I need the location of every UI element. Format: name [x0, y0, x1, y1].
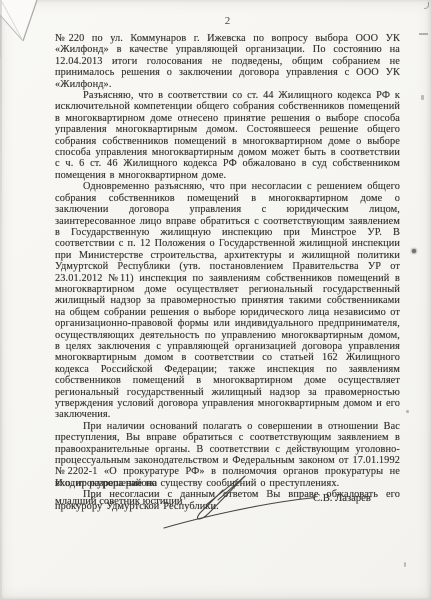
scanned-letter-page: 2 №220 по ул. Коммунаров г. Ижевска по в…	[0, 0, 431, 599]
scan-artifact	[404, 562, 406, 567]
letter-body: №220 по ул. Коммунаров г. Ижевска по воп…	[55, 33, 400, 512]
scan-artifact	[419, 33, 428, 35]
signer-position-line1: И.о. прокурора района	[55, 478, 157, 490]
scan-artifact	[421, 95, 424, 100]
scan-artifact	[412, 249, 416, 253]
page-number: 2	[55, 15, 400, 27]
handwritten-signature-icon	[148, 466, 323, 534]
scan-artifact	[406, 410, 409, 413]
paragraph-continuation: №220 по ул. Коммунаров г. Ижевска по воп…	[55, 33, 400, 90]
paragraph-clarification-1: Разъясняю, что в соответствии со ст. 44 …	[55, 90, 400, 181]
paragraph-clarification-2: Одновременно разъясняю, что при несоглас…	[55, 181, 400, 421]
scan-artifact	[424, 2, 429, 9]
scan-edge-shadow	[0, 0, 2, 599]
